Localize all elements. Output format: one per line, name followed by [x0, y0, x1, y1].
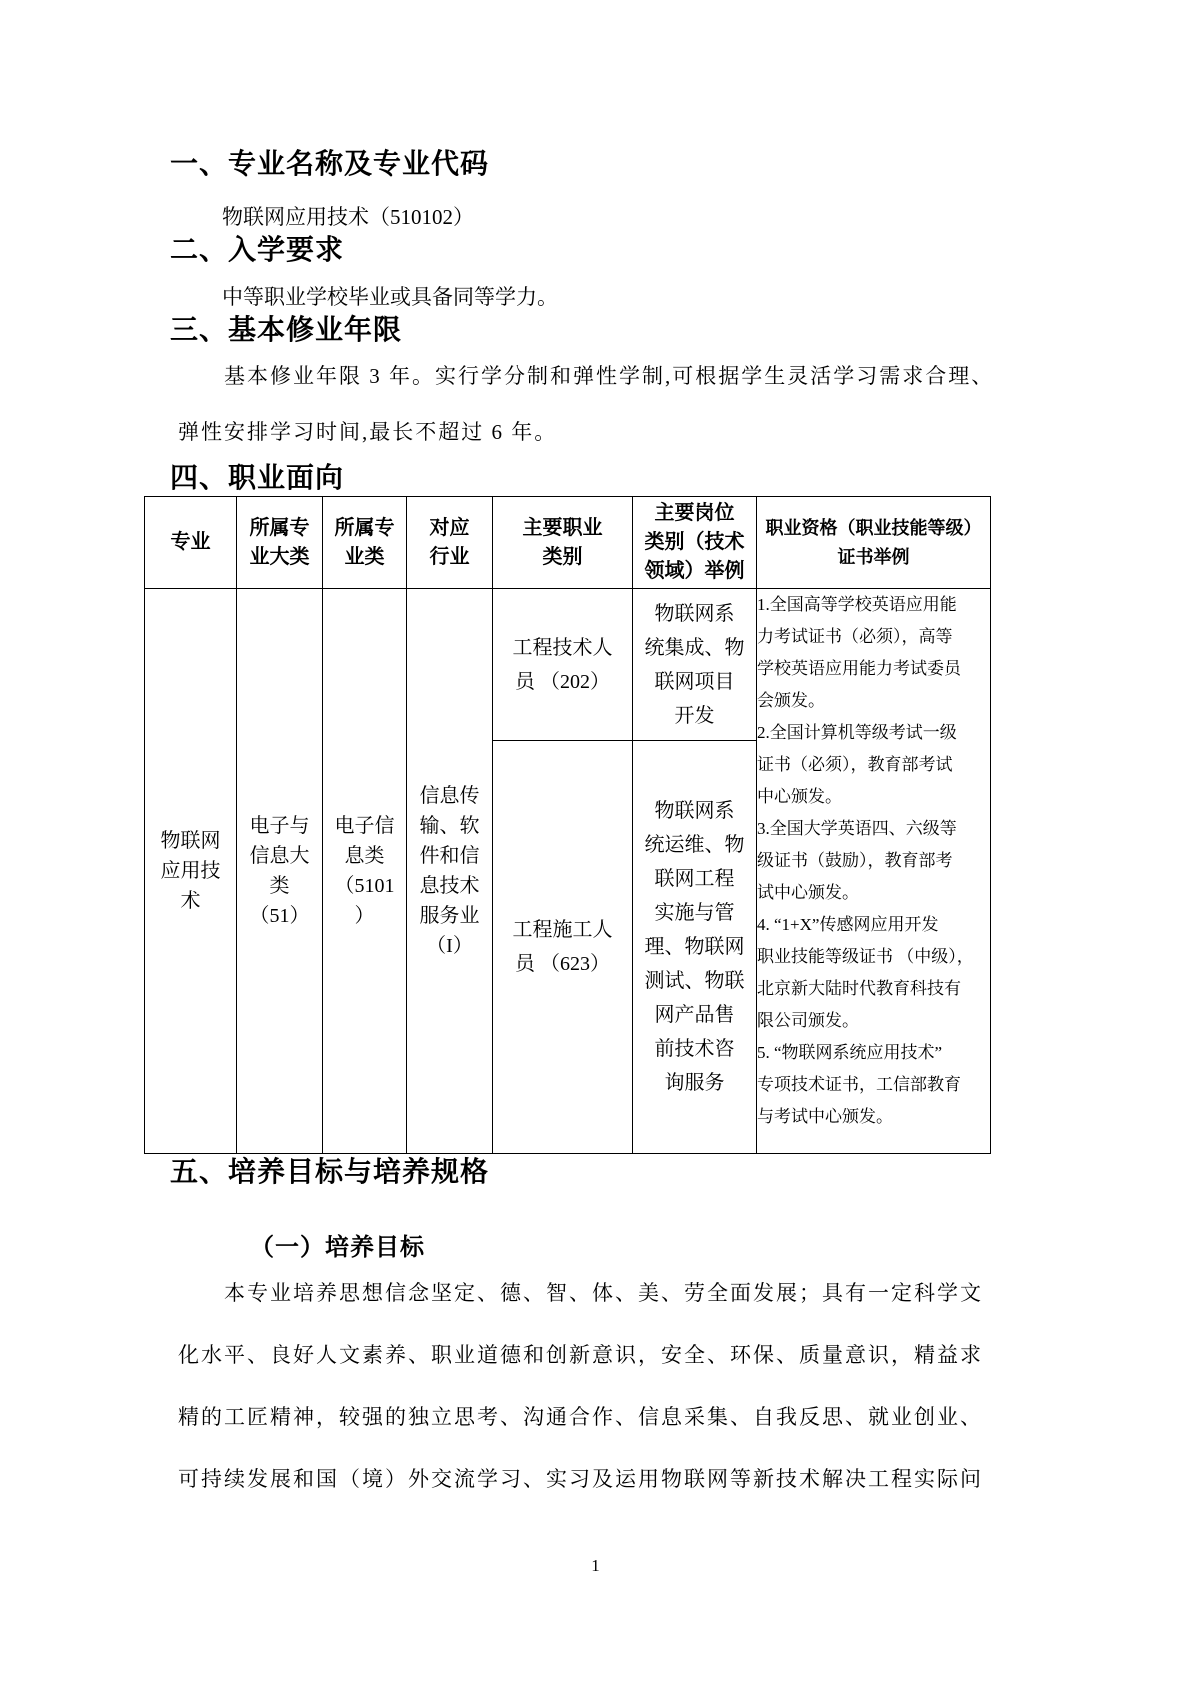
cell-positions-1: 物联网系 统集成、物 联网项目 开发 — [633, 589, 757, 741]
section-5-heading: 五、培养目标与培养规格 — [170, 1154, 1013, 1190]
section-3-heading: 三、基本修业年限 — [170, 312, 1013, 348]
section-1-heading: 一、专业名称及专业代码 — [170, 146, 1013, 182]
cell-occupation-2: 工程施工人 员 （623） — [493, 741, 633, 1154]
th-major: 专业 — [145, 497, 237, 589]
section-1-body: 物联网应用技术（510102） — [178, 202, 1013, 232]
th-positions: 主要岗位 类别（技术 领域）举例 — [633, 497, 757, 589]
cell-positions-2: 物联网系 统运维、物 联网工程 实施与管 理、物联网 测试、物联 网产品售 前技… — [633, 741, 757, 1154]
certificate-item-4: 4. “1+X”传感网应用开发 职业技能等级证书 （中级）， 北京新大陆时代教育… — [757, 909, 990, 1037]
section-5-body: 本专业培养思想信念坚定、德、智、体、美、劳全面发展；具有一定科学文 化水平、良好… — [178, 1262, 1013, 1510]
section-3-body: 基本修业年限 3 年。实行学分制和弹性学制,可根据学生灵活学习需求合理、 弹性安… — [178, 348, 1013, 460]
th-occupation: 主要职业 类别 — [493, 497, 633, 589]
page-number: 1 — [0, 1556, 1191, 1576]
th-major-class: 所属专 业类 — [323, 497, 407, 589]
section-5-subheading: （一）培养目标 — [250, 1232, 1013, 1264]
certificate-item-5: 5. “物联网系统应用技术” 专项技术证书，工信部教育 与考试中心颁发。 — [757, 1037, 990, 1133]
cell-major: 物联网 应用技 术 — [145, 589, 237, 1154]
table-row-1: 物联网 应用技 术 电子与 信息大 类 （51） 电子信 息类 （5101 ） … — [145, 589, 991, 741]
th-major-category: 所属专 业大类 — [237, 497, 323, 589]
table-header-row: 专业 所属专 业大类 所属专 业类 对应 行业 主要职业 类别 主要岗位 类别（… — [145, 497, 991, 589]
certificate-item-3: 3.全国大学英语四、六级等 级证书（鼓励），教育部考 试中心颁发。 — [757, 813, 990, 909]
certificate-item-1: 1.全国高等学校英语应用能 力考试证书（必须），高等 学校英语应用能力考试委员 … — [757, 589, 990, 717]
document-content: 一、专业名称及专业代码 物联网应用技术（510102） 二、入学要求 中等职业学… — [178, 146, 1013, 1510]
cell-certificates: 1.全国高等学校英语应用能 力考试证书（必须），高等 学校英语应用能力考试委员 … — [757, 589, 991, 1154]
certificate-item-2: 2.全国计算机等级考试一级 证书（必须），教育部考试 中心颁发。 — [757, 717, 990, 813]
section-2-heading: 二、入学要求 — [170, 232, 1013, 268]
cell-occupation-1: 工程技术人 员 （202） — [493, 589, 633, 741]
cell-major-category: 电子与 信息大 类 （51） — [237, 589, 323, 1154]
section-2-body: 中等职业学校毕业或具备同等学力。 — [178, 282, 1013, 312]
section-4-heading: 四、职业面向 — [170, 460, 1013, 496]
cell-major-class: 电子信 息类 （5101 ） — [323, 589, 407, 1154]
document-page: 一、专业名称及专业代码 物联网应用技术（510102） 二、入学要求 中等职业学… — [0, 0, 1191, 1684]
career-orientation-table: 专业 所属专 业大类 所属专 业类 对应 行业 主要职业 类别 主要岗位 类别（… — [144, 496, 991, 1154]
th-industry: 对应 行业 — [407, 497, 493, 589]
cell-industry: 信息传 输、软 件和信 息技术 服务业 （I） — [407, 589, 493, 1154]
th-certificates: 职业资格（职业技能等级） 证书举例 — [757, 497, 991, 589]
